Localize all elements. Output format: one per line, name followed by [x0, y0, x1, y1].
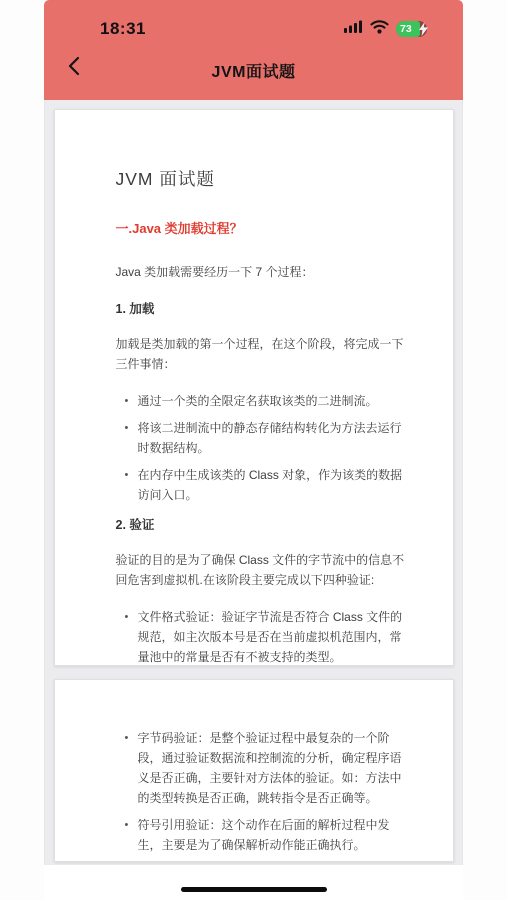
app-header: 18:31 — [44, 0, 463, 100]
status-icons: 73 — [344, 20, 427, 39]
screenshot-canvas: 18:31 — [0, 0, 507, 900]
battery-percent: 73 — [400, 23, 412, 35]
section-2-heading: 2. 验证 — [116, 515, 409, 533]
home-indicator[interactable] — [181, 887, 327, 892]
section-1-bullet-list: 通过一个类的全限定名获取该类的二进制流。 将该二进制流中的静态存储结构转化为方法… — [116, 391, 409, 505]
section-2-bullet-list: 文件格式验证：验证字节流是否符合 Class 文件的规范，如主次版本号是否在当前… — [116, 607, 409, 666]
intro-paragraph: Java 类加载需要经历一下 7 个过程： — [116, 262, 409, 282]
clock-text: 18:31 — [100, 19, 146, 39]
list-item: 通过一个类的全限定名获取该类的二进制流。 — [116, 391, 409, 411]
list-item: 将该二进制流中的静态存储结构转化为方法去运行时数据结构。 — [116, 418, 409, 458]
wifi-icon — [370, 20, 389, 39]
lightning-bolt-icon — [419, 22, 428, 41]
status-bar: 18:31 — [44, 0, 463, 44]
section-2-paragraph: 验证的目的是为了确保 Class 文件的字节流中的信息不回危害到虚拟机.在该阶段… — [116, 550, 409, 590]
page-gap — [45, 666, 462, 679]
section-2-bullet-list-continued: 字节码验证：是整个验证过程中最复杂的一个阶段，通过验证数据流和控制流的分析，确定… — [116, 728, 409, 855]
document-scroll-area[interactable]: JVM 面试题 一.Java 类加载过程？ Java 类加载需要经历一下 7 个… — [44, 100, 463, 865]
cellular-signal-icon — [344, 20, 363, 38]
phone-screen: 18:31 — [44, 0, 463, 900]
section-1-heading: 1. 加载 — [116, 299, 409, 317]
list-item: 文件格式验证：验证字节流是否符合 Class 文件的规范，如主次版本号是否在当前… — [116, 607, 409, 666]
document-page-1: JVM 面试题 一.Java 类加载过程？ Java 类加载需要经历一下 7 个… — [54, 109, 454, 666]
list-item: 符号引用验证：这个动作在后面的解析过程中发生，主要是为了确保解析动作能正确执行。 — [116, 815, 409, 855]
section-1-paragraph: 加载是类加载的第一个过程，在这个阶段，将完成一下三件事情： — [116, 334, 409, 374]
question-heading: 一.Java 类加载过程？ — [116, 218, 409, 237]
bottom-safe-area — [44, 865, 463, 900]
document-title: JVM 面试题 — [116, 166, 409, 191]
page-title: JVM面试题 — [212, 59, 296, 82]
battery-charging-icon: 73 — [396, 21, 427, 37]
nav-bar: JVM面试题 — [44, 44, 463, 96]
list-item: 字节码验证：是整个验证过程中最复杂的一个阶段，通过验证数据流和控制流的分析，确定… — [116, 728, 409, 808]
back-button[interactable] — [58, 50, 90, 84]
list-item: 在内存中生成该类的 Class 对象，作为该类的数据访问入口。 — [116, 465, 409, 505]
document-page-2: 字节码验证：是整个验证过程中最复杂的一个阶段，通过验证数据流和控制流的分析，确定… — [54, 679, 454, 862]
chevron-left-icon — [68, 56, 80, 79]
